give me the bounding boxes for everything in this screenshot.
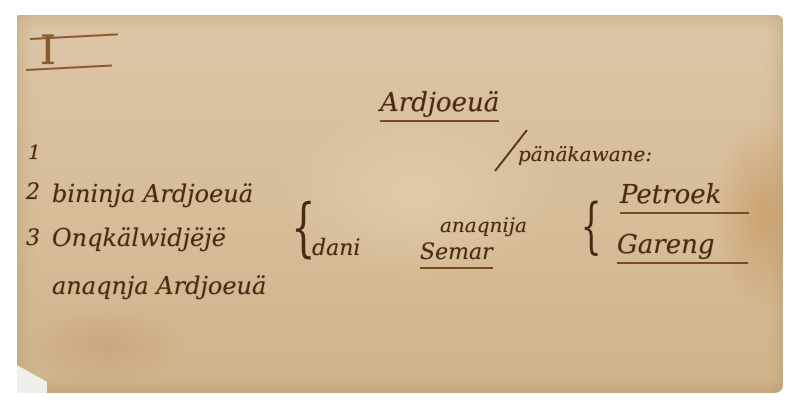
group-brace: { (581, 196, 602, 256)
heading: Ardjoeuä (380, 88, 499, 122)
group-left-bottom: Semar (420, 240, 493, 269)
subheading: pänäkawane: (518, 142, 652, 166)
list-number-2: 2 (26, 180, 40, 205)
list-continuation: anaqnja Ardjoeuä (52, 272, 266, 300)
list-number-1: 1 (28, 140, 41, 164)
list-item-2: bininja Ardjoeuä (52, 180, 253, 208)
list-item-3: Onqkälwidjëjë (52, 224, 226, 252)
group-left-top: anaqnija (440, 213, 527, 237)
name-petroek: Petroek (620, 180, 749, 214)
name-gareng: Gareng (617, 230, 748, 264)
list-number-3: 3 (26, 226, 40, 251)
brace-text: dani (312, 236, 360, 261)
